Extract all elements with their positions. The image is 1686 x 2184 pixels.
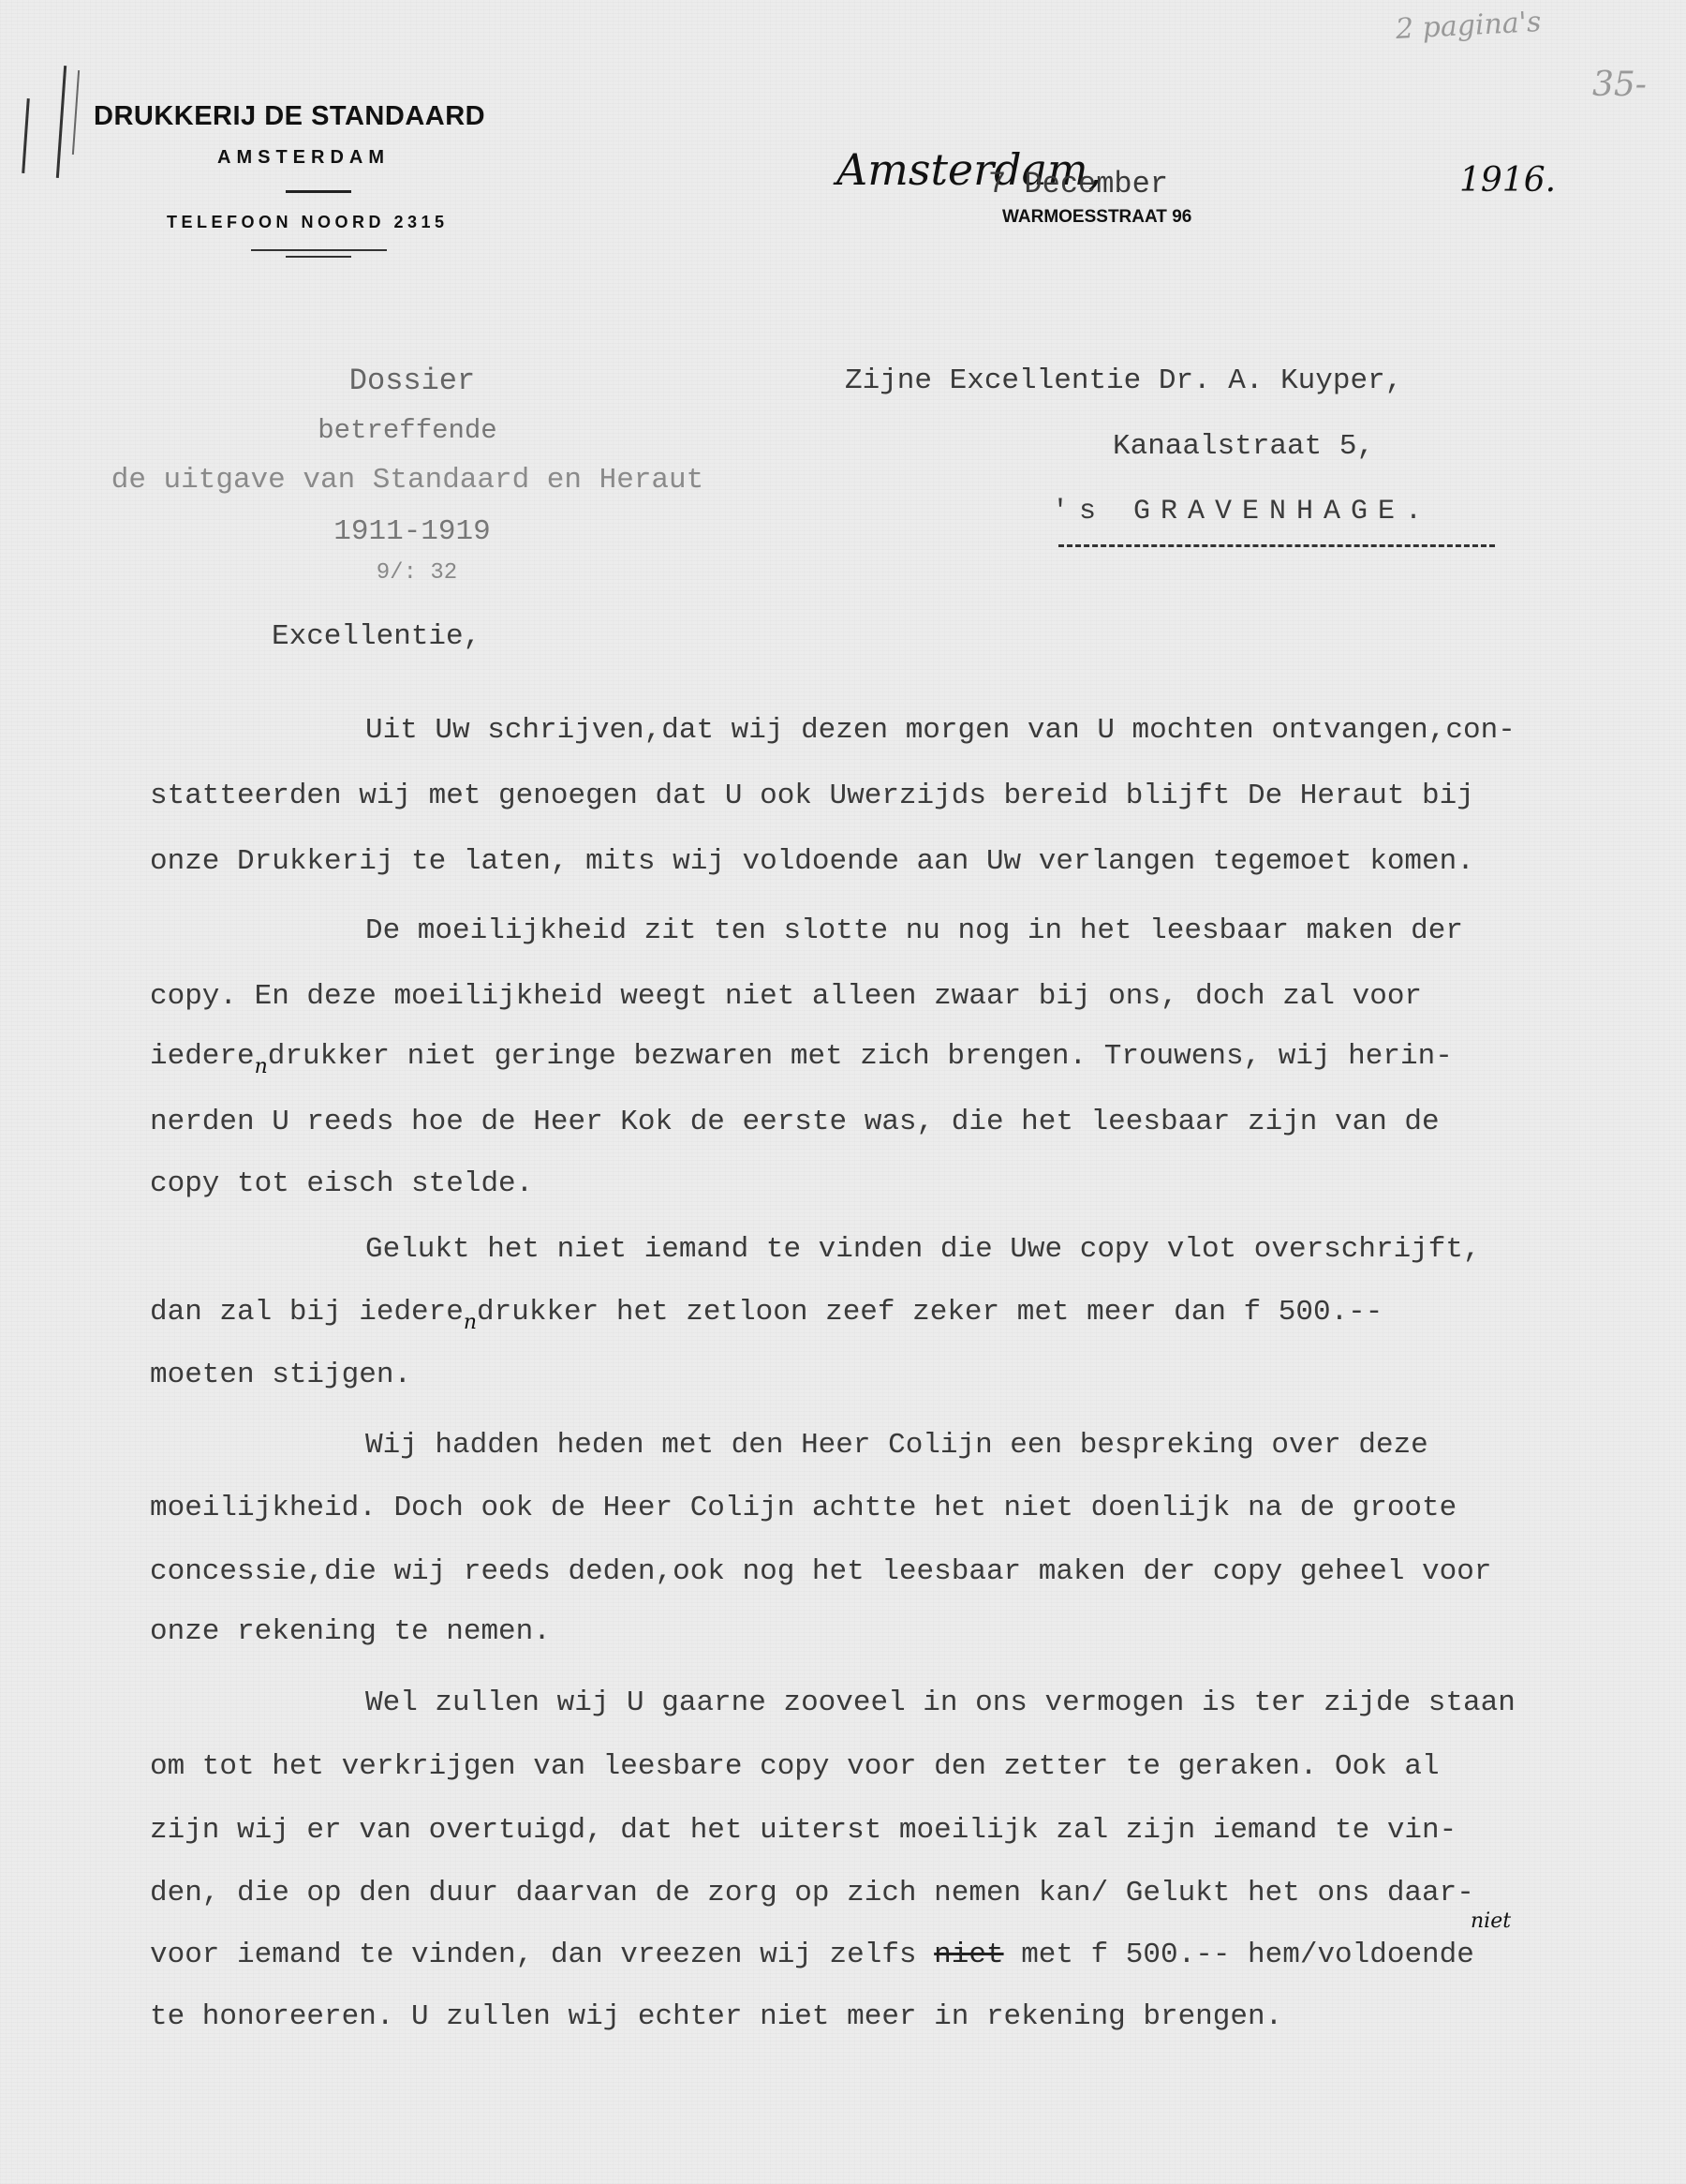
body-line: concessie,die wij reeds deden,ook nog he… xyxy=(150,1555,1491,1588)
letterhead-divider xyxy=(286,256,351,258)
body-line: onze rekening te nemen. xyxy=(150,1615,551,1648)
handwritten-page-count: 2 pagina's xyxy=(1395,6,1542,46)
body-line: moeilijkheid. Doch ook de Heer Colijn ac… xyxy=(150,1492,1457,1524)
margin-mark xyxy=(56,66,67,178)
handwritten-number: 35- xyxy=(1592,66,1647,104)
letterhead-city: AMSTERDAM xyxy=(217,147,390,169)
stamp-betreffende: betreffende xyxy=(290,415,525,446)
address-city: 's GRAVENHAGE. xyxy=(1052,496,1432,527)
body-line: copy. En deze moeilijkheid weegt niet al… xyxy=(150,980,1422,1013)
dateline-street: WARMOESSTRAAT 96 xyxy=(1002,207,1191,228)
dateline-year: 1916. xyxy=(1459,161,1556,200)
address-underline xyxy=(1058,544,1495,547)
body-line: om tot het verkrijgen van leesbare copy … xyxy=(150,1750,1440,1783)
body-line: De moeilijkheid zit ten slotte nu nog in… xyxy=(365,914,1463,947)
body-text: dan zal bij iedere xyxy=(150,1296,464,1329)
struck-word: niet xyxy=(934,1939,1003,1971)
stamp-subject: de uitgave van Standaard en Heraut xyxy=(84,464,731,497)
margin-mark xyxy=(22,98,30,173)
body-line: nerden U reeds hoe de Heer Kok de eerste… xyxy=(150,1106,1440,1138)
address-street: Kanaalstraat 5, xyxy=(1113,430,1374,463)
body-line: zijn wij er van overtuigd, dat het uiter… xyxy=(150,1814,1457,1847)
letterhead-phone: TELEFOON NOORD 2315 xyxy=(167,213,449,232)
body-line: Gelukt het niet iemand te vinden die Uwe… xyxy=(365,1233,1481,1266)
body-line: statteerden wij met genoegen dat U ook U… xyxy=(150,780,1474,812)
body-line: Wel zullen wij U gaarne zooveel in ons v… xyxy=(365,1686,1516,1719)
body-line: dan zal bij iederendrukker het zetloon z… xyxy=(150,1296,1383,1329)
letterhead-company: DRUKKERIJ DE STANDAARD xyxy=(94,101,485,132)
handwritten-insertion: niet xyxy=(1471,1909,1511,1933)
body-line: Wij hadden heden met den Heer Colijn een… xyxy=(365,1429,1428,1462)
body-text: iedere xyxy=(150,1040,255,1073)
address-recipient: Zijne Excellentie Dr. A. Kuyper, xyxy=(845,364,1402,397)
body-line: te honoreeren. U zullen wij echter niet … xyxy=(150,2000,1282,2033)
body-text: voor iemand te vinden, dan vreezen wij z… xyxy=(150,1939,917,1971)
stamp-dossier: Dossier xyxy=(337,364,487,398)
body-line: Uit Uw schrijven,dat wij dezen morgen va… xyxy=(365,714,1516,747)
letterhead-divider xyxy=(286,190,351,193)
body-line: copy tot eisch stelde. xyxy=(150,1167,533,1200)
body-line: moeten stijgen. xyxy=(150,1359,411,1391)
letterhead-divider xyxy=(251,249,387,251)
body-line: den, die op den duur daarvan de zorg op … xyxy=(150,1877,1474,1909)
body-text: drukker niet geringe bezwaren met zich b… xyxy=(268,1040,1453,1073)
body-line: iederendrukker niet geringe bezwaren met… xyxy=(150,1040,1453,1073)
stamp-years: 1911-1919 xyxy=(318,515,506,548)
handwritten-insertion: n xyxy=(255,1055,268,1078)
body-line: voor iemand te vinden, dan vreezen wij z… xyxy=(150,1939,1474,1971)
stamp-reference: 9/: 32 xyxy=(365,560,468,586)
salutation: Excellentie, xyxy=(272,620,481,653)
body-line: onze Drukkerij te laten, mits wij voldoe… xyxy=(150,845,1474,878)
body-text: met f 500.-- hem/voldoende xyxy=(1021,1939,1474,1971)
dateline-date: 7 December xyxy=(988,167,1168,201)
handwritten-insertion: n xyxy=(464,1311,477,1334)
body-text: drukker het zetloon zeef zeker met meer … xyxy=(477,1296,1383,1329)
margin-mark xyxy=(72,70,80,155)
